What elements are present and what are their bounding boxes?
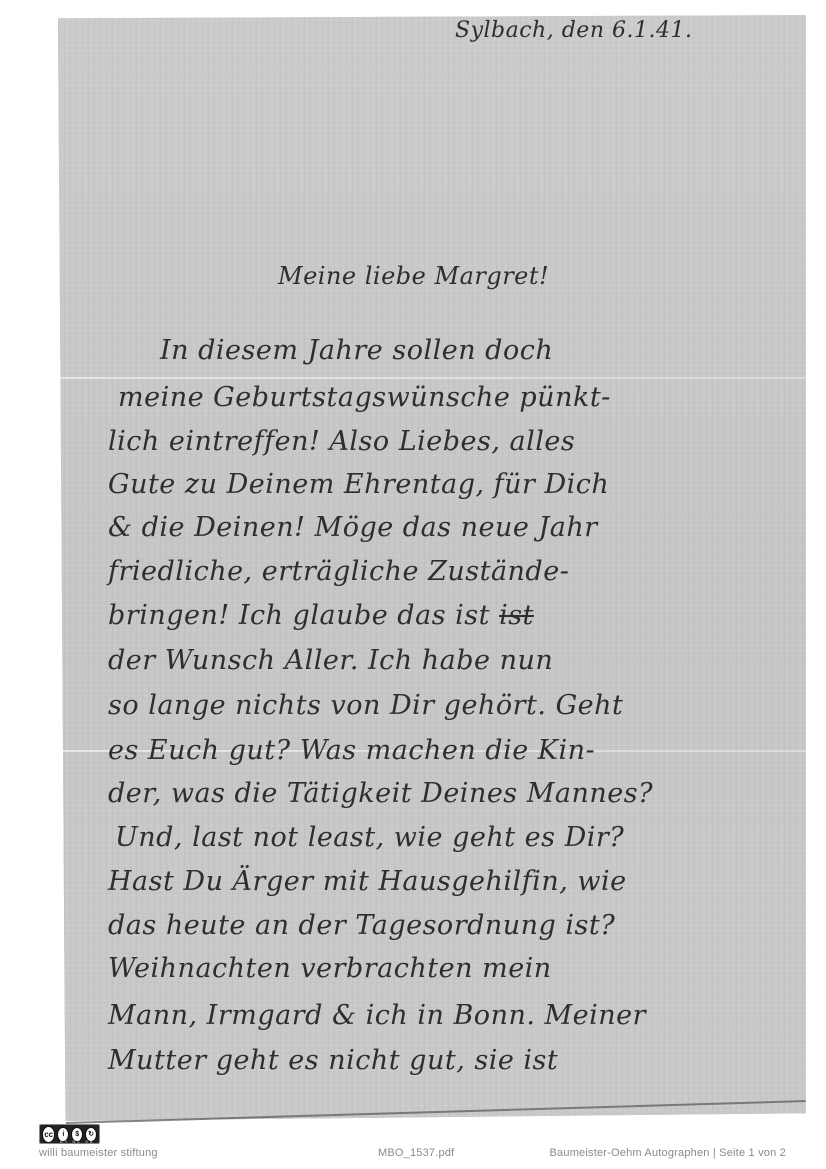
letter-line: Gute zu Deinem Ehrentag, für Dich [108,469,609,500]
letter-line: bringen! Ich glaube das ist ist [108,600,534,631]
paper-fold-line [58,377,806,379]
footer-foundation-name: willi baumeister stiftung [39,1147,158,1159]
letter-line: Hast Du Ärger mit Hausgehilfin, wie [108,866,627,897]
letter-line: In diesem Jahre sollen doch [160,335,553,366]
letter-line: so lange nichts von Dir gehört. Geht [108,690,623,721]
letter-line: der Wunsch Aller. Ich habe nun [108,645,553,676]
letter-line: lich eintreffen! Also Liebes, alles [108,426,575,457]
letter-line-text: bringen! Ich glaube das ist [108,600,490,631]
letter-line: & die Deinen! Möge das neue Jahr [108,512,598,543]
footer-filename: MBO_1537.pdf [378,1147,454,1159]
letter-date-line: Sylbach, den 6.1.41. [455,18,692,43]
letter-line: Weihnachten verbrachten mein [108,953,552,984]
letter-line: der, was die Tätigkeit Deines Mannes? [108,778,653,809]
letter-line: Mann, Irmgard & ich in Bonn. Meiner [108,1000,646,1031]
cc-icon: cc [42,1126,55,1143]
letter-line: das heute an der Tagesordnung ist? [108,910,615,941]
letter-line: Und, last not least, wie geht es Dir? [115,822,624,853]
letter-line: meine Geburtstagswünsche pünkt- [118,382,611,413]
footer-page-label: Baumeister-Oehm Autographen | Seite 1 vo… [550,1147,786,1159]
letter-line: es Euch gut? Was machen die Kin- [108,735,595,766]
letter-line: Mutter geht es nicht gut, sie ist [108,1045,558,1076]
letter-salutation: Meine liebe Margret! [278,262,549,290]
cc-license-labels: BY NC SA [60,1139,95,1144]
struck-out-word: ist [499,600,534,631]
letter-line: friedliche, erträgliche Zustände- [108,556,569,587]
